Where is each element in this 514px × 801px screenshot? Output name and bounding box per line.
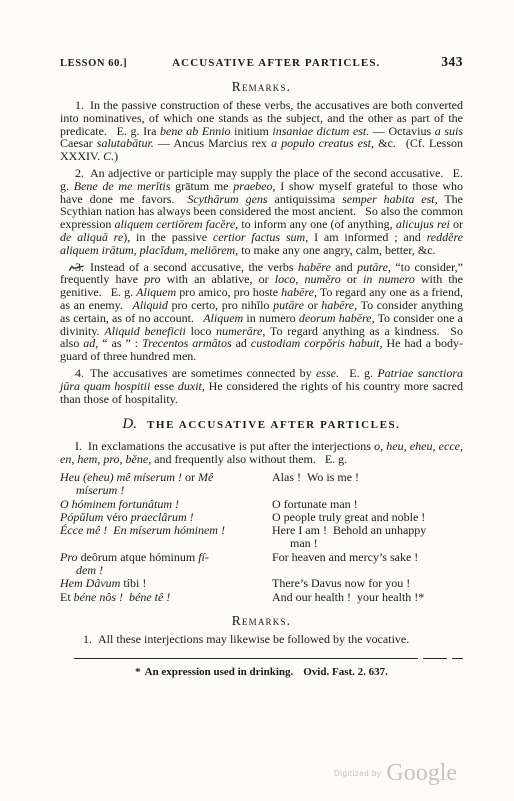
example-row: O hóminem fortunâtum ! O fortunate man ! <box>60 498 463 511</box>
remarks-heading: Remarks. <box>60 79 463 95</box>
english-cell: O fortunate man ! <box>272 498 463 511</box>
example-row: Heu (eheu) mê míserum ! or Mêmíserum ! A… <box>60 471 463 498</box>
footnote-rule <box>74 658 463 659</box>
book-page: LESSON 60.] ACCUSATIVE AFTER PARTICLES. … <box>0 0 514 801</box>
latin-cell: Pópŭlum véro praeclârum ! <box>60 511 272 524</box>
footnote-text: An expression used in drinking. <box>145 666 294 678</box>
latin-cell: Pro deôrum atque hóminum fí-dem ! <box>60 551 272 578</box>
english-cell: Here I am ! Behold an unhappyman ! <box>272 524 463 551</box>
example-row: Hem Dâvum tíbi ! There’s Davus now for y… <box>60 577 463 590</box>
latin-cell: O hóminem fortunâtum ! <box>60 498 272 511</box>
lesson-label: LESSON 60.] <box>60 58 127 69</box>
english-cell: O people truly great and noble ! <box>272 511 463 524</box>
english-cell: And our health ! your health !* <box>272 591 463 604</box>
remark-paragraph-2: 2. An adjective or participle may supply… <box>60 167 463 257</box>
latin-cell: Heu (eheu) mê míserum ! or Mêmíserum ! <box>60 471 272 498</box>
section-title: THE ACCUSATIVE AFTER PARTICLES. <box>147 419 401 431</box>
remark-paragraph-3: 3. Instead of a second accusative, the v… <box>60 261 463 363</box>
google-logo: Google <box>386 760 457 787</box>
running-head: LESSON 60.] ACCUSATIVE AFTER PARTICLES. … <box>60 54 463 70</box>
vocative-remark: 1. All these interjections may likewise … <box>60 633 463 646</box>
footnote: *An expression used in drinking.Ovid. Fa… <box>60 666 463 678</box>
footnote-marker: * <box>135 666 141 678</box>
example-row: Écce mê ! En míserum hóminem ! Here I am… <box>60 524 463 551</box>
remark-paragraph-1: 1. In the passive construction of these … <box>60 99 463 163</box>
latin-cell: Écce mê ! En míserum hóminem ! <box>60 524 272 551</box>
section-d-heading: D.THE ACCUSATIVE AFTER PARTICLES. <box>60 415 463 433</box>
section-letter: D. <box>122 416 137 432</box>
digitization-watermark: Digitized by Google <box>334 760 457 787</box>
example-row: Pópŭlum véro praeclârum ! O people truly… <box>60 511 463 524</box>
english-cell: Alas ! Wo is me ! <box>272 471 463 498</box>
english-cell: There’s Davus now for you ! <box>272 577 463 590</box>
latin-cell: Et béne nôs ! béne tê ! <box>60 591 272 604</box>
remark-paragraph-4: 4. The accusatives are sometimes connect… <box>60 367 463 405</box>
intro-paragraph: I. In exclamations the accusative is put… <box>60 440 463 466</box>
pencil-mark-icon <box>53 261 84 276</box>
examples-table: Heu (eheu) mê míserum ! or Mêmíserum ! A… <box>60 471 463 604</box>
latin-cell: Hem Dâvum tíbi ! <box>60 577 272 590</box>
example-row: Et béne nôs ! béne tê ! And our health !… <box>60 591 463 604</box>
page-content: LESSON 60.] ACCUSATIVE AFTER PARTICLES. … <box>60 54 463 678</box>
watermark-prefix: Digitized by <box>334 769 381 778</box>
page-number: 343 <box>441 54 463 70</box>
footnote-reference: Ovid. Fast. 2. 637. <box>303 666 388 678</box>
remarks-heading: Remarks. <box>60 613 463 629</box>
example-row: Pro deôrum atque hóminum fí-dem ! For he… <box>60 551 463 578</box>
chapter-title: ACCUSATIVE AFTER PARTICLES. <box>172 57 380 69</box>
english-cell: For heaven and mercy’s sake ! <box>272 551 463 578</box>
